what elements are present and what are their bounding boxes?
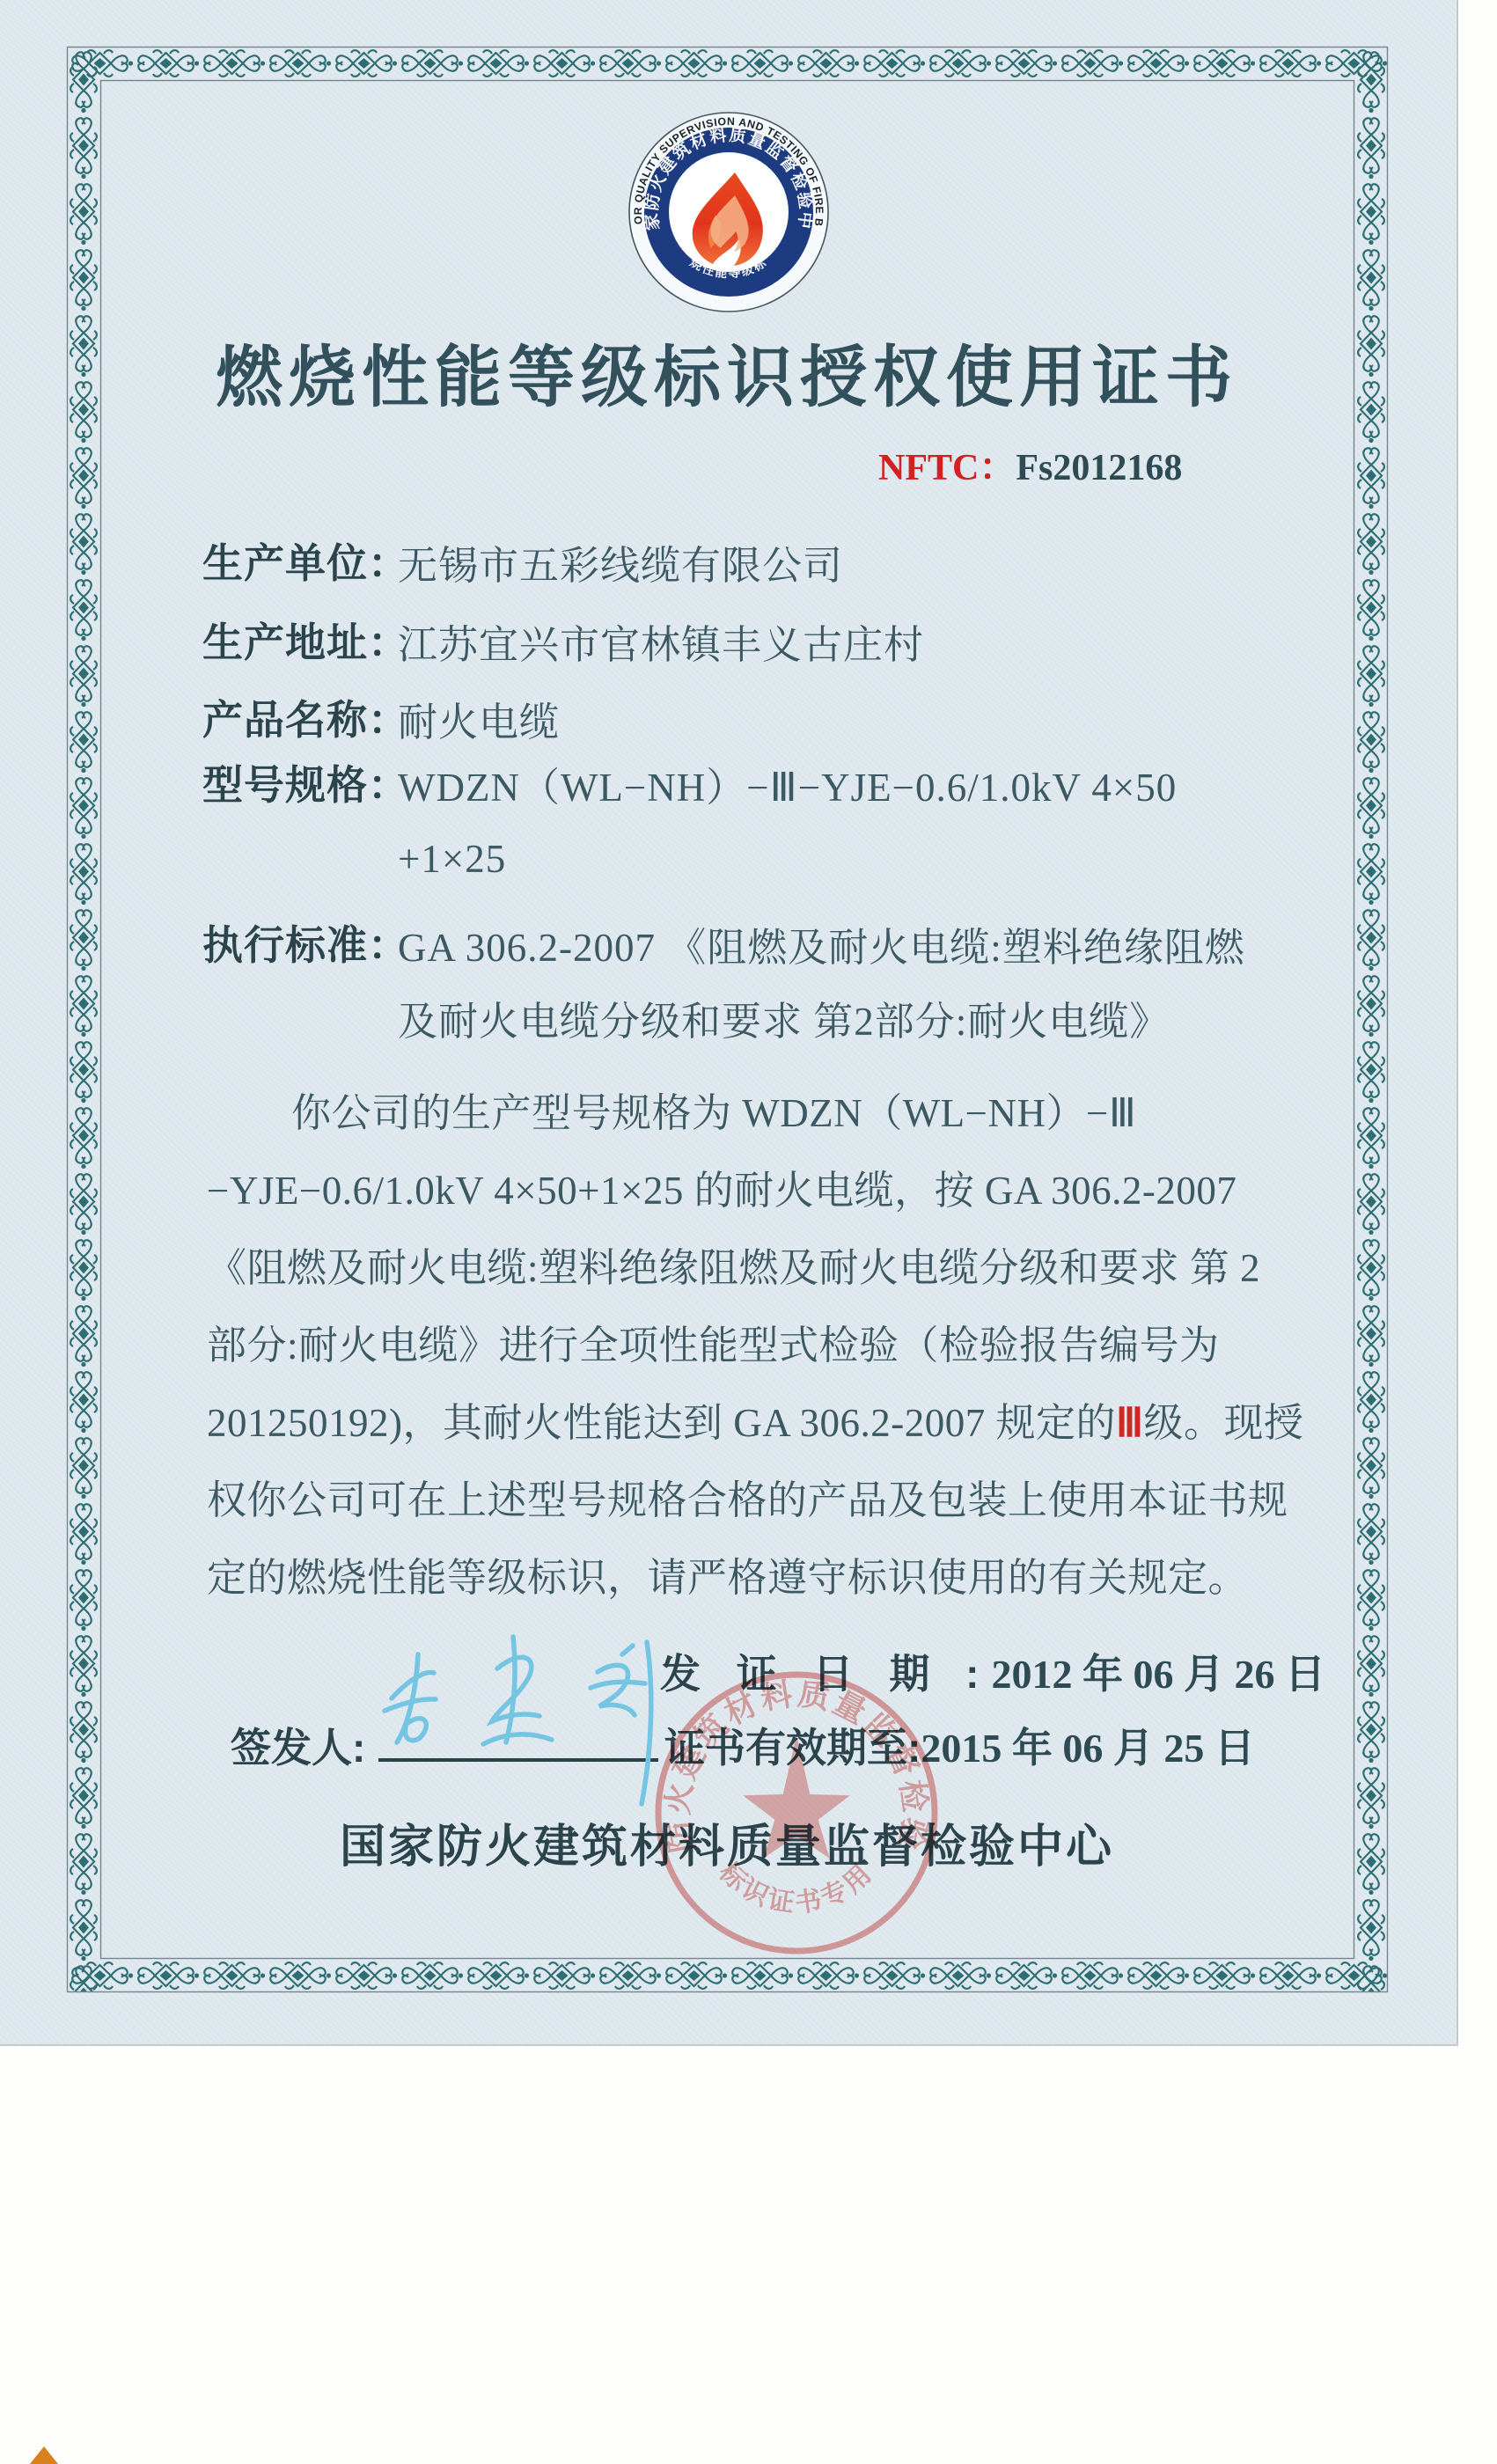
body-line-5: 201250192)，其耐火性能达到 GA 306.2-2007 规定的Ⅲ级。现… <box>207 1390 1291 1448</box>
certificate-title: 燃烧性能等级标识授权使用证书 <box>100 324 1354 420</box>
field-value-model: WDZN（WL−NH）−Ⅲ−YJE−0.6/1.0kV 4×50 <box>398 755 1177 812</box>
certificate-number: NFTC：Fs2012168 <box>878 438 1182 491</box>
grade-level-red: Ⅲ <box>1116 1401 1144 1445</box>
field-label-model: 型号规格： <box>202 753 409 811</box>
signer-label: 签发人: <box>231 1716 365 1774</box>
scanned-certificate: { "certificate": { "logo": { "outer_text… <box>0 0 1497 2464</box>
certificate-number-colon: ： <box>979 448 1016 488</box>
body-line-1: 你公司的生产型号规格为 WDZN（WL−NH）−Ⅲ <box>207 1081 1376 1138</box>
field-value-product: 耐火电缆 <box>398 690 560 747</box>
field-value-manufacturer: 无锡市五彩线缆有限公司 <box>398 533 843 590</box>
issue-date-value: 2012 年 06 月 26 日 <box>991 1652 1325 1697</box>
field-value-model-line2: +1×25 <box>398 836 506 882</box>
field-value-standard-line2: 及耐火电缆分级和要求 第2部分:耐火电缆》 <box>398 989 1170 1046</box>
signature-handwriting <box>365 1617 682 1820</box>
official-seal: 国家防火建筑材料质量监督检验中心 标识证书专用 <box>647 1665 946 1964</box>
body-line-2: −YJE−0.6/1.0kV 4×50+1×25 的耐火电缆，按 GA 306.… <box>207 1158 1291 1215</box>
certificate-paper: NATIONAL CENTER FOR QUALITY SUPERVISION … <box>0 0 1458 2046</box>
field-value-standard: GA 306.2-2007 《阻燃及耐火电缆:塑料绝缘阻燃 <box>398 915 1245 972</box>
body-line-6: 权你公司可在上述型号规格合格的产品及包装上使用本证书规 <box>207 1468 1291 1525</box>
certificate-number-label: NFTC <box>878 448 979 488</box>
field-label-manufacturer: 生产单位： <box>202 532 409 590</box>
field-label-product: 产品名称： <box>202 688 409 746</box>
field-value-address: 江苏宜兴市官林镇丰义古庄村 <box>398 612 924 670</box>
seal-star-icon <box>743 1735 850 1859</box>
scan-artifact <box>30 2446 58 2464</box>
seal-bottom-text: 标识证书专用 <box>714 1858 880 1919</box>
nftc-logo: NATIONAL CENTER FOR QUALITY SUPERVISION … <box>627 111 830 313</box>
body-line-3: 《阻燃及耐火电缆:塑料绝缘阻燃及耐火电缆分级和要求 第 2 <box>207 1236 1291 1293</box>
body-line-4: 部分:耐火电缆》进行全项性能型式检验（检验报告编号为 <box>207 1313 1291 1370</box>
body-line-7: 定的燃烧性能等级标识，请严格遵守标识使用的有关规定。 <box>207 1545 1291 1602</box>
body-line-5-post: 级。现授 <box>1144 1401 1304 1445</box>
body-line-5-pre: 201250192)，其耐火性能达到 GA 306.2-2007 规定的 <box>207 1401 1116 1445</box>
field-label-standard: 执行标准： <box>202 913 409 972</box>
field-label-address: 生产地址： <box>202 611 409 669</box>
certificate-number-value: Fs2012168 <box>1016 448 1182 488</box>
valid-until-value: 2015 年 06 月 25 日 <box>921 1726 1255 1771</box>
